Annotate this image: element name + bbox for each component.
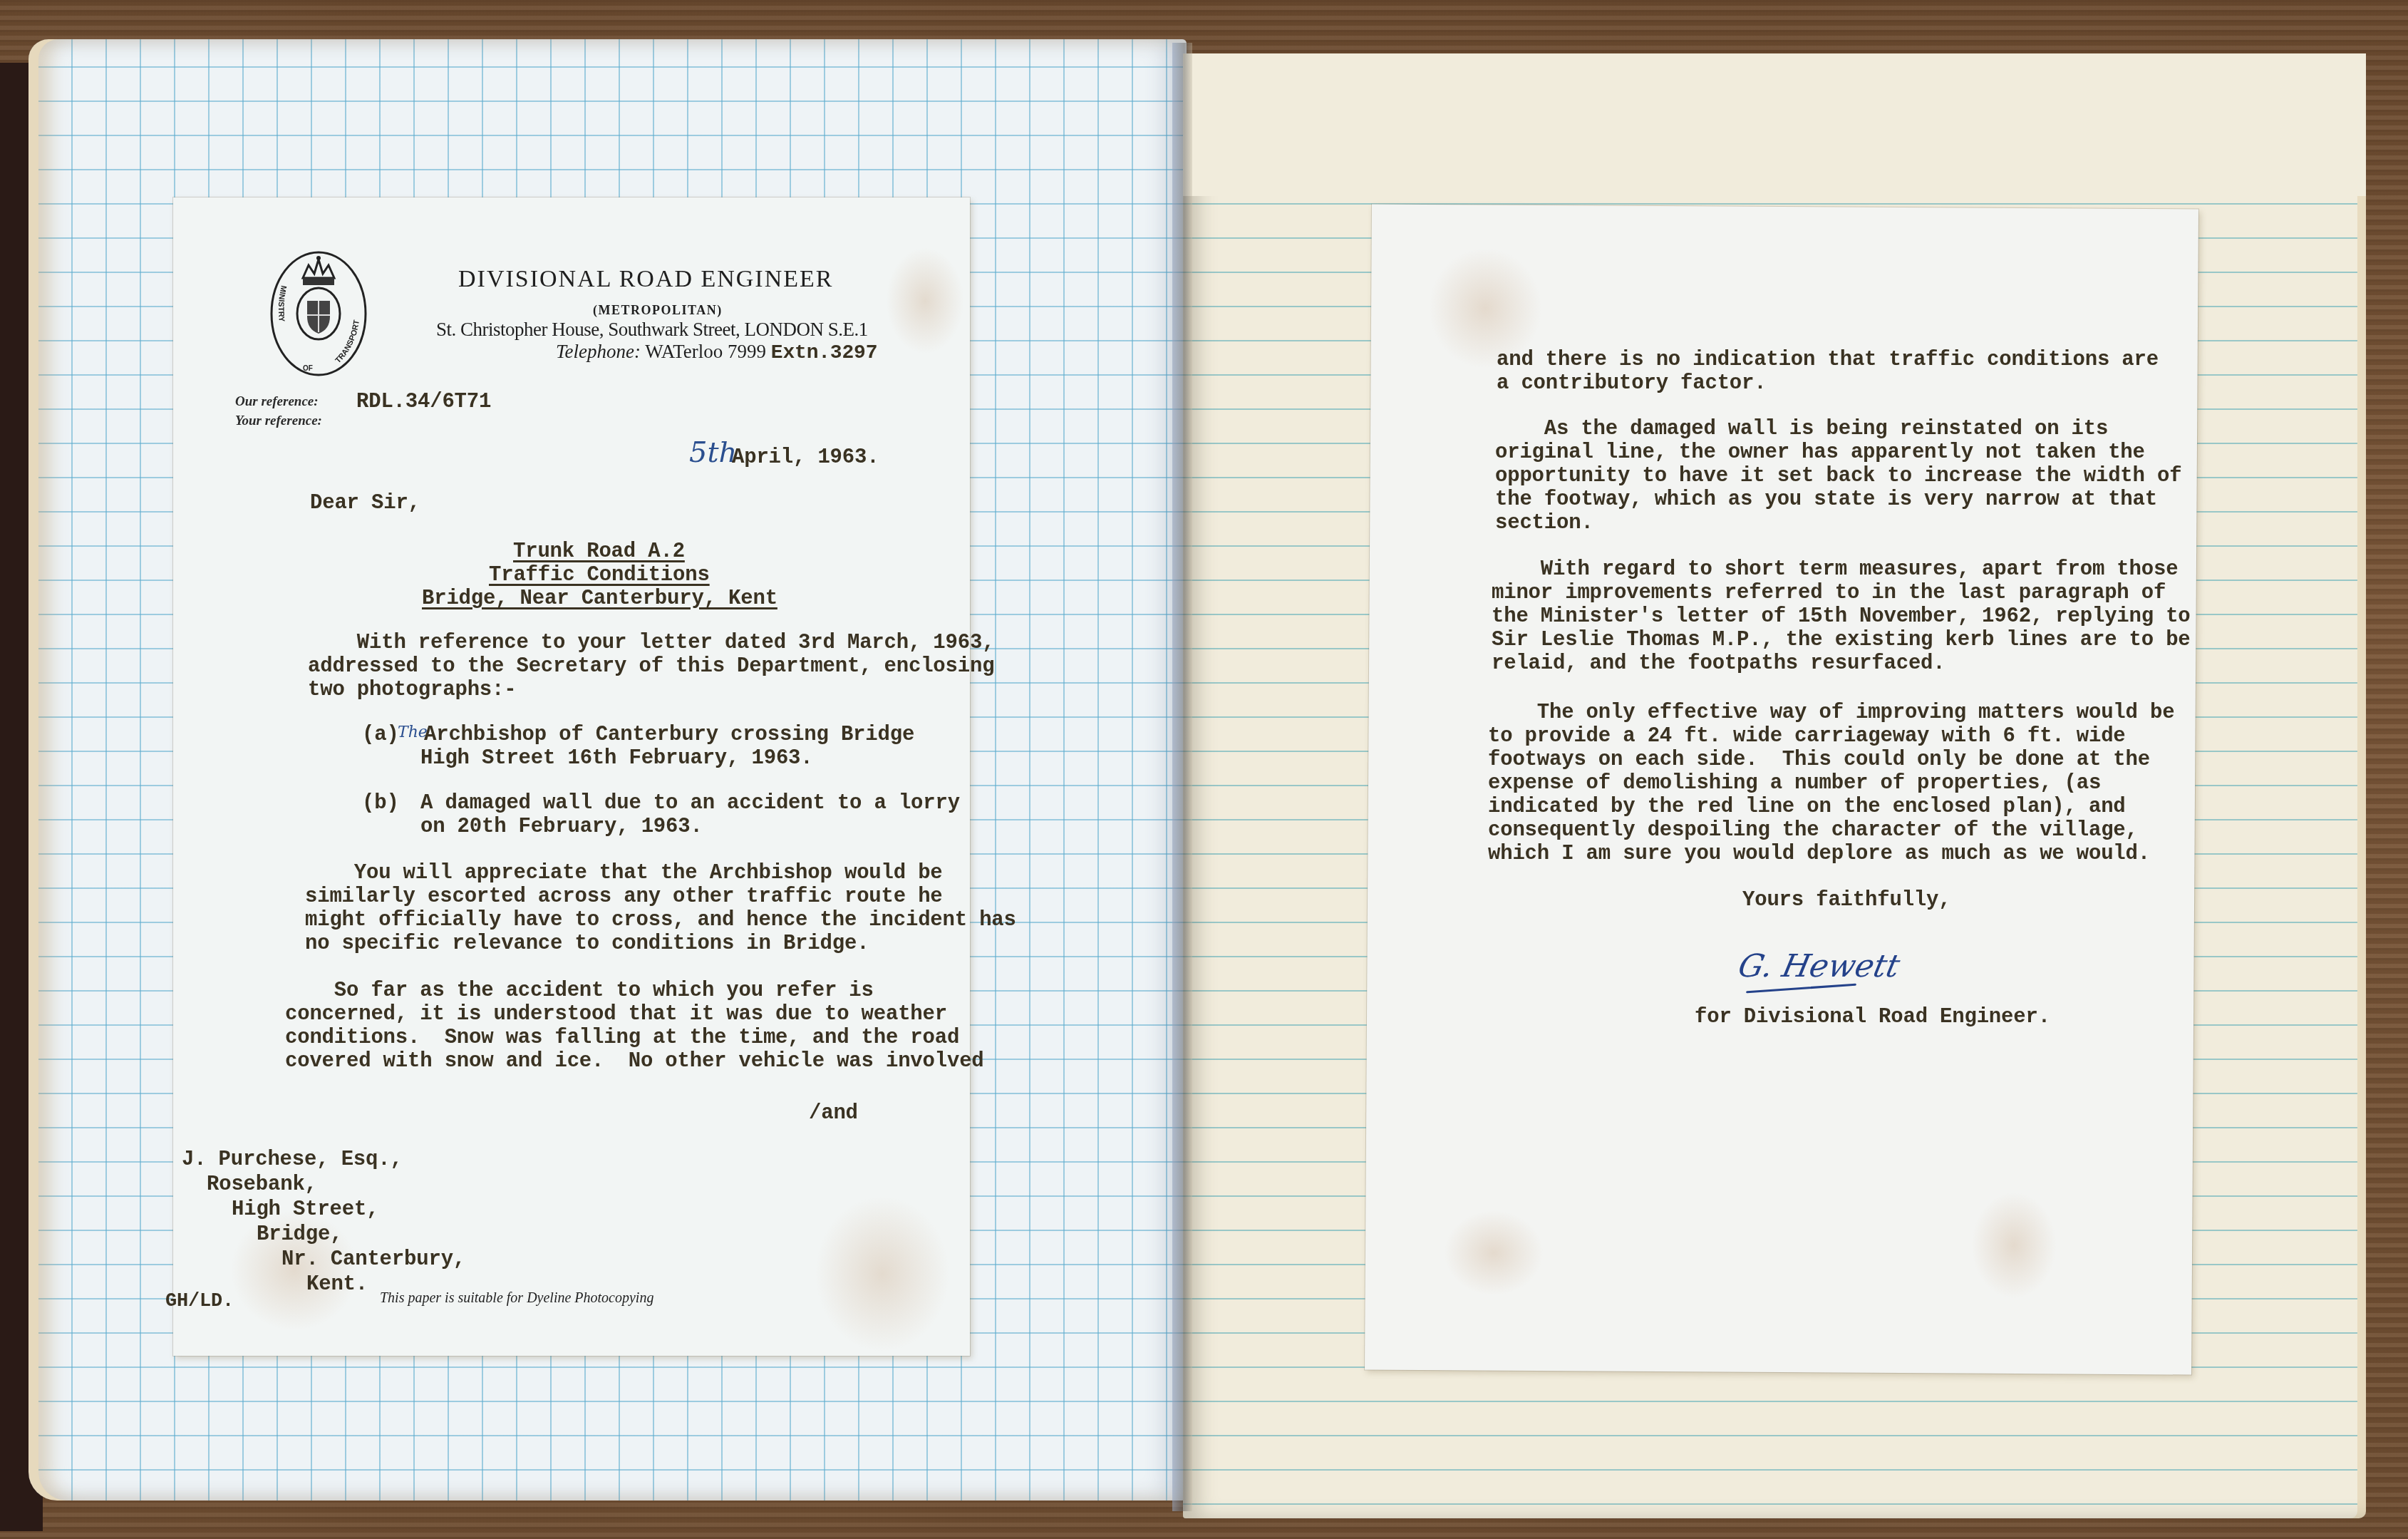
right-para2-line-5: section. [1495,511,1593,535]
subject-line-3: Bridge, Near Canterbury, Kent [422,587,777,610]
para3-line-4: covered with snow and ice. No other vehi… [285,1049,984,1073]
letterhead-subtitle: (METROPOLITAN) [593,303,723,318]
right-para4-line-7: which I am sure you would deplore as muc… [1488,842,2150,865]
para1-line-2: addressed to the Secretary of this Depar… [308,654,994,678]
continuation-marker: /and [809,1101,858,1125]
letterhead-title: DIVISIONAL ROAD ENGINEER [458,266,833,293]
right-para1-line-2: a contributory factor. [1497,371,1766,395]
salutation: Dear Sir, [310,491,420,515]
stain [1971,1192,2057,1299]
para2-line-2: similarly escorted across any other traf… [305,885,943,908]
telephone-extension: Extn.3297 [771,342,877,364]
item-a-label: (a) [362,723,399,746]
signatory: for Divisional Road Engineer. [1695,1005,2050,1029]
para2-line-4: no specific relevance to conditions in B… [305,932,869,955]
recipient-line-1: J. Purchese, Esq., [182,1148,403,1171]
para3-line-2: concerned, it is understood that it was … [285,1002,947,1026]
item-b-label: (b) [362,791,399,815]
right-para2-line-3: opportunity to have it set back to incre… [1495,464,2181,488]
right-para4-line-2: to provide a 24 ft. wide carriageway wit… [1488,724,2126,748]
right-para4-line-3: footways on each side. This could only b… [1488,748,2150,771]
item-b-line-1: A damaged wall due to an accident to a l… [420,791,960,815]
stain [815,1195,950,1352]
recipient-line-3: High Street, [232,1198,378,1221]
para1-line-3: two photographs:- [308,678,516,701]
signature: G. Hewett [1735,948,1903,984]
right-para4-line-5: indicated by the red line on the enclose… [1488,795,2126,818]
date-typed: April, 1963. [732,446,879,469]
book-gutter [1172,43,1192,1511]
right-para3-line-3: the Minister's letter of 15th November, … [1492,604,2191,628]
letterhead-telephone: Telephone: WATerloo 7999 Extn.3297 [556,341,877,365]
item-b-line-2: on 20th February, 1963. [420,815,703,838]
recipient-line-4: Bridge, [257,1223,342,1246]
telephone-label: Telephone: [556,341,641,362]
right-para3-line-4: Sir Leslie Thomas M.P., the existing ker… [1492,628,2191,652]
svg-text:OF: OF [303,365,313,373]
paper-note: This paper is suitable for Dyeline Photo… [380,1290,653,1307]
para3-line-3: conditions. Snow was falling at the time… [285,1026,959,1049]
right-para3-line-1: With regard to short term measures, apar… [1492,557,2178,581]
right-para1-line-1: and there is no indication that traffic … [1497,348,2159,371]
para3-line-1: So far as the accident to which you refe… [285,979,874,1002]
subject-line-2: Traffic Conditions [489,563,710,587]
para2-line-1: You will appreciate that the Archbishop … [305,861,943,885]
stain [1444,1210,1544,1296]
stain [886,247,964,354]
para2-line-3: might officially have to cross, and henc… [305,908,1016,932]
item-a-line-1: Archbishop of Canterbury crossing Bridge [424,723,914,746]
right-para4-line-6: consequently despoiling the character of… [1488,818,2138,842]
right-para3-line-5: relaid, and the footpaths resurfaced. [1492,652,1945,675]
svg-text:MINISTRY: MINISTRY [277,284,288,322]
letterhead-address: St. Christopher House, Southwark Street,… [436,319,868,341]
recipient-line-2: Rosebank, [207,1173,317,1196]
recipient-line-5: Nr. Canterbury, [281,1247,465,1271]
para1-line-1: With reference to your letter dated 3rd … [308,631,994,654]
item-a-line-2: High Street 16th February, 1963. [420,746,813,770]
right-para4-line-1: The only effective way of improving matt… [1488,701,2174,724]
right-para2-line-1: As the damaged wall is being reinstated … [1495,417,2108,441]
our-reference-label: Our reference: [235,394,319,410]
ministry-crest-icon: MINISTRY TRANSPORT OF [267,249,371,378]
right-para2-line-4: the footway, which as you state is very … [1495,488,2157,511]
right-para3-line-2: minor improvements referred to in the la… [1492,581,2166,604]
typist-reference: GH/LD. [165,1290,234,1314]
our-reference-value: RDL.34/6T71 [356,390,491,413]
recipient-line-6: Kent. [306,1272,368,1296]
item-a-handwritten: The [398,724,428,741]
telephone-value: WATerloo 7999 [645,341,766,362]
closing: Yours faithfully, [1742,888,1950,912]
date-handwritten: 5th [689,436,737,469]
subject-line-1: Trunk Road A.2 [513,540,685,563]
right-para2-line-2: original line, the owner has apparently … [1495,441,2145,464]
right-para4-line-4: expense of demolishing a number of prope… [1488,771,2101,795]
your-reference-label: Your reference: [235,413,322,429]
